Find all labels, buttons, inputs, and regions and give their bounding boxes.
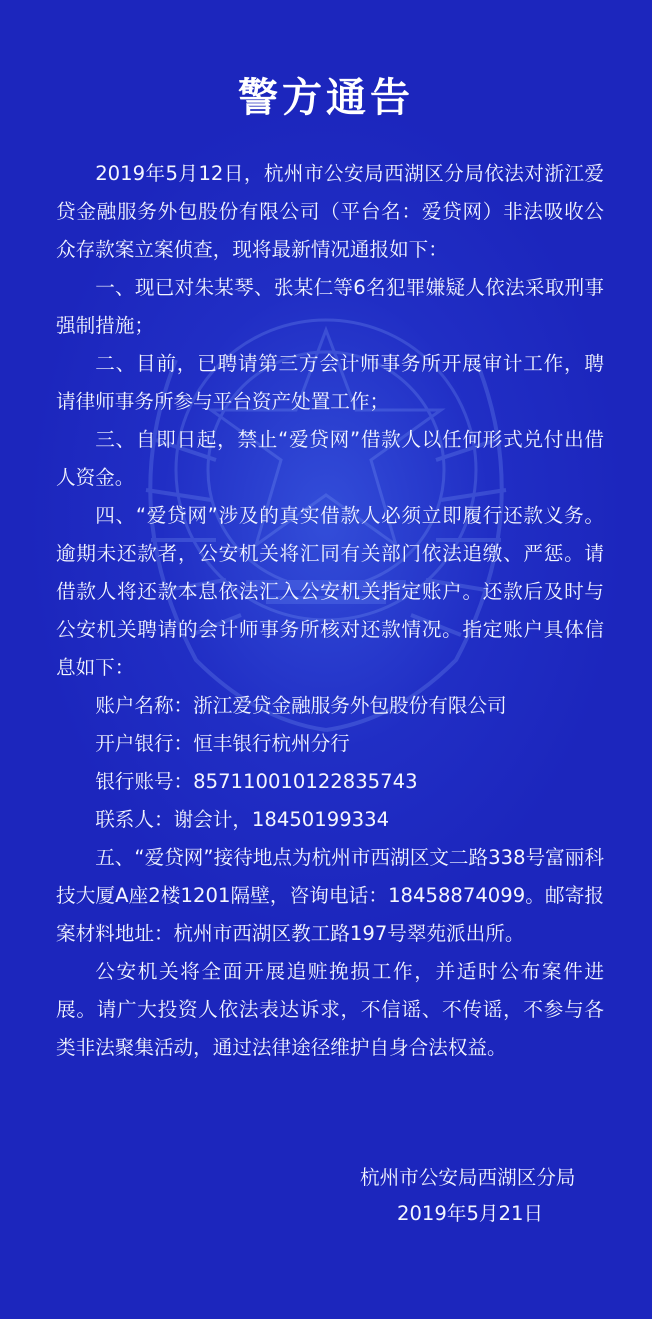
paragraph-item-4: 四、“爱贷网”涉及的真实借款人必须立即履行还款义务。逾期未还款者，公安机关将汇同… <box>56 497 604 687</box>
account-bank-label: 开户银行： <box>95 732 193 755</box>
account-name-value: 浙江爱贷金融服务外包股份有限公司 <box>193 694 507 717</box>
account-contact-row: 联系人：谢会计，18450199334 <box>56 801 604 839</box>
account-name-row: 账户名称：浙江爱贷金融服务外包股份有限公司 <box>56 687 604 725</box>
paragraph-item-2: 二、目前，已聘请第三方会计师事务所开展审计工作，聘请律师事务所参与平台资产处置工… <box>56 345 604 421</box>
account-bank-row: 开户银行：恒丰银行杭州分行 <box>56 725 604 763</box>
notice-title: 警方通告 <box>0 74 652 122</box>
account-contact-label: 联系人： <box>95 808 173 831</box>
account-name-label: 账户名称： <box>95 694 193 717</box>
paragraph-closing: 公安机关将全面开展追赃挽损工作，并适时公布案件进展。请广大投资人依法表达诉求，不… <box>56 953 604 1067</box>
paragraph-intro: 2019年5月12日，杭州市公安局西湖区分局依法对浙江爱贷金融服务外包股份有限公… <box>56 155 604 269</box>
paragraph-item-5: 五、“爱贷网”接待地点为杭州市西湖区文二路338号富丽科技大厦A座2楼1201隔… <box>56 839 604 953</box>
signature-organization: 杭州市公安局西湖区分局 <box>360 1160 576 1196</box>
account-bank-value: 恒丰银行杭州分行 <box>193 732 350 755</box>
account-number-row: 银行账号：857110010122835743 <box>56 763 604 801</box>
paragraph-item-1: 一、现已对朱某琴、张某仁等6名犯罪嫌疑人依法采取刑事强制措施； <box>56 269 604 345</box>
signature-date: 2019年5月21日 <box>397 1196 543 1232</box>
account-number-label: 银行账号： <box>95 770 193 793</box>
notice-body: 2019年5月12日，杭州市公安局西湖区分局依法对浙江爱贷金融服务外包股份有限公… <box>56 155 604 1067</box>
paragraph-item-3: 三、自即日起，禁止“爱贷网”借款人以任何形式兑付出借人资金。 <box>56 421 604 497</box>
account-number-value: 857110010122835743 <box>193 770 417 793</box>
account-contact-value: 谢会计，18450199334 <box>174 808 390 831</box>
